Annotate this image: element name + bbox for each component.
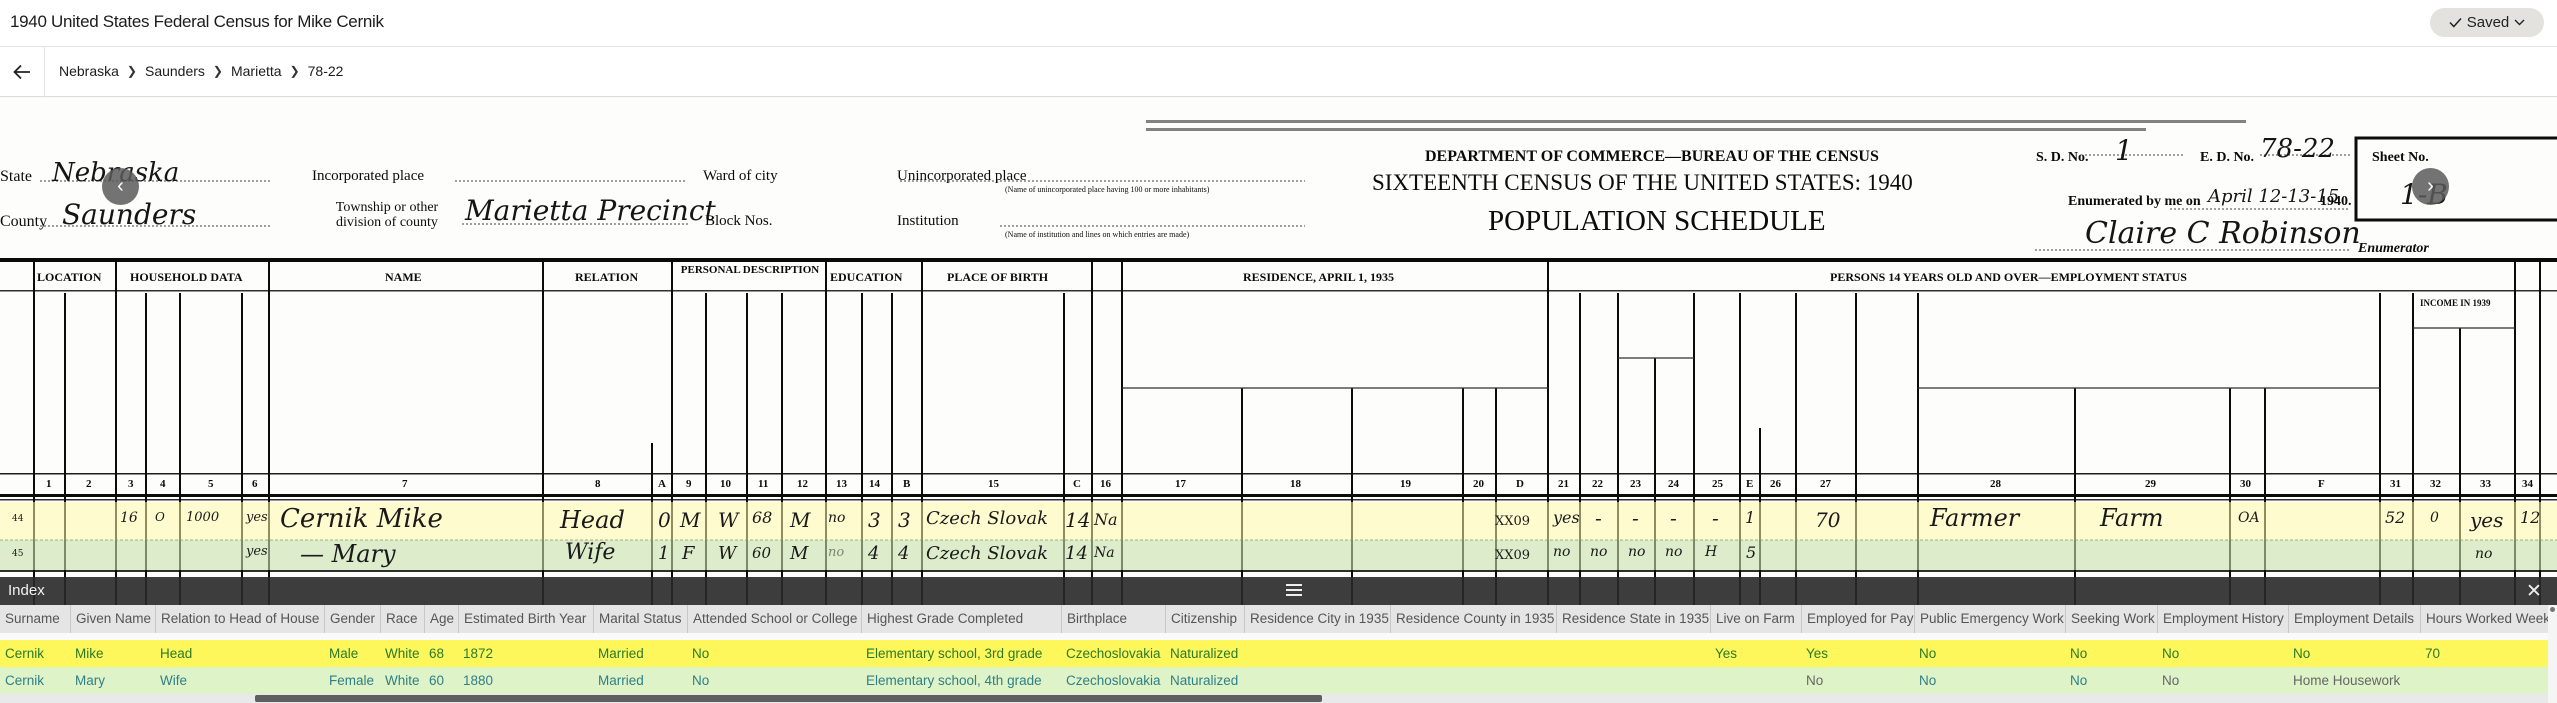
section-household: HOUSEHOLD DATA <box>130 270 243 285</box>
section-personal: PERSONAL DESCRIPTION <box>680 264 820 276</box>
hamburger-icon <box>1286 583 1302 597</box>
column-header-attended-school[interactable]: Attended School or College <box>687 605 861 633</box>
section-education: EDUCATION <box>830 270 902 285</box>
cell-age: 68 <box>424 640 444 667</box>
column-header-seeking-work[interactable]: Seeking Work <box>2065 605 2157 633</box>
section-name: NAME <box>385 270 422 285</box>
column-header-gender[interactable]: Gender <box>324 605 380 633</box>
township-label: Township or other division of county <box>312 200 462 230</box>
column-header-relation[interactable]: Relation to Head of House <box>155 605 324 633</box>
unincorporated-label: Unincorporated place <box>897 168 1027 185</box>
cell-live-on-farm <box>1710 667 1715 694</box>
cell-race: White <box>380 640 420 667</box>
column-header-residence-state[interactable]: Residence State in 1935 <box>1556 605 1710 633</box>
chevron-right-icon: ❯ <box>213 64 223 78</box>
title-bar: 1940 United States Federal Census for Mi… <box>0 0 2557 47</box>
ed-value: 78-22 <box>2260 134 2335 164</box>
cell-marital-status: Married <box>593 640 644 667</box>
chevron-right-icon: ❯ <box>127 64 137 78</box>
enumerated-label: Enumerated by me on <box>2068 194 2201 210</box>
cell-seeking-work: No <box>2065 667 2087 694</box>
cell-relation: Head <box>155 640 192 667</box>
column-header-surname[interactable]: Surname <box>0 605 70 633</box>
cell-attended-school: No <box>687 667 709 694</box>
institution-label: Institution <box>897 213 959 230</box>
institution-note: (Name of institution and lines on which … <box>1005 230 1189 239</box>
breadcrumb: Nebraska ❯ Saunders ❯ Marietta ❯ 78-22 <box>59 63 343 79</box>
county-value: Saunders <box>62 198 196 231</box>
enumerator-label: Enumerator <box>2358 241 2429 257</box>
column-header-birth-year[interactable]: Estimated Birth Year <box>458 605 593 633</box>
previous-image-button[interactable]: ‹ <box>102 168 139 205</box>
cell-citizenship: Naturalized <box>1165 667 1238 694</box>
enumerated-year: 1940. <box>2320 194 2352 210</box>
breadcrumb-township[interactable]: Marietta <box>231 63 282 79</box>
cell-residence-state <box>1556 667 1561 694</box>
close-index-button[interactable]: ✕ <box>2526 580 2542 602</box>
index-menu-button[interactable] <box>1286 583 1302 602</box>
saved-label: Saved <box>2467 14 2510 31</box>
chevron-down-icon <box>2514 19 2525 26</box>
block-label: Block Nos. <box>705 213 773 230</box>
cell-employment-details: No <box>2288 640 2310 667</box>
census-row-44: 44 16 O 1000 yes Cernik Mike Head 0 M W … <box>0 502 2557 540</box>
state-label: State <box>0 168 32 186</box>
cell-public-emergency-work: No <box>1914 640 1936 667</box>
unincorporated-note: (Name of unincorporated place having 100… <box>1005 185 1209 194</box>
column-header-citizenship[interactable]: Citizenship <box>1165 605 1244 633</box>
cell-highest-grade: Elementary school, 3rd grade <box>861 640 1042 667</box>
sd-value: 1 <box>2115 134 2133 167</box>
column-header-given-name[interactable]: Given Name <box>70 605 155 633</box>
schedule-title: POPULATION SCHEDULE <box>1488 205 1826 238</box>
census-title: SIXTEENTH CENSUS OF THE UNITED STATES: 1… <box>1372 170 1913 196</box>
cell-employed-for-pay: Yes <box>1801 640 1828 667</box>
index-panel-title: Index <box>8 582 45 599</box>
sheet-label: Sheet No. <box>2372 150 2429 166</box>
township-value: Marietta Precinct <box>465 194 716 227</box>
horizontal-scrollbar[interactable] <box>0 694 2548 703</box>
cell-surname[interactable]: Cernik <box>0 640 44 667</box>
index-panel-header[interactable]: Index ✕ <box>0 577 2557 605</box>
column-header-employed-for-pay[interactable]: Employed for Pay <box>1801 605 1914 633</box>
column-header-hours-worked[interactable]: Hours Worked Week <box>2420 605 2548 633</box>
column-header-residence-city[interactable]: Residence City in 1935 <box>1244 605 1390 633</box>
ed-label: E. D. No. <box>2200 150 2254 166</box>
chevron-right-icon: › <box>2427 175 2434 198</box>
cell-live-on-farm: Yes <box>1710 640 1737 667</box>
index-panel: Index ✕ Surname Given Name Relation to H… <box>0 577 2557 703</box>
cell-hours-worked: 70 <box>2420 640 2440 667</box>
cell-race: White <box>380 667 420 694</box>
cell-employment-details: Home Housework <box>2288 667 2400 694</box>
column-header-marital-status[interactable]: Marital Status <box>593 605 687 633</box>
cell-birth-year: 1872 <box>458 640 493 667</box>
breadcrumb-state[interactable]: Nebraska <box>59 63 119 79</box>
cell-marital-status: Married <box>593 667 644 694</box>
department-heading: DEPARTMENT OF COMMERCE—BUREAU OF THE CEN… <box>1425 148 1879 166</box>
cell-employment-history: No <box>2157 640 2179 667</box>
column-header-highest-grade[interactable]: Highest Grade Completed <box>861 605 1061 633</box>
cell-age: 60 <box>424 667 444 694</box>
cell-given-name[interactable]: Mike <box>70 640 104 667</box>
cell-residence-city <box>1244 667 1249 694</box>
section-location: LOCATION <box>37 270 101 285</box>
cell-citizenship: Naturalized <box>1165 640 1238 667</box>
breadcrumb-district: 78-22 <box>308 63 344 79</box>
cell-gender: Female <box>324 667 374 694</box>
back-button[interactable] <box>0 47 45 97</box>
index-table-header: Surname Given Name Relation to Head of H… <box>0 605 2548 633</box>
cell-birthplace: Czechoslovakia <box>1061 640 1161 667</box>
breadcrumb-county[interactable]: Saunders <box>145 63 205 79</box>
table-spacer <box>0 633 2548 640</box>
section-employment: PERSONS 14 YEARS OLD AND OVER—EMPLOYMENT… <box>1830 270 2187 285</box>
cell-employment-history: No <box>2157 667 2179 694</box>
vertical-scrollbar[interactable] <box>2548 605 2557 703</box>
cell-public-emergency-work: No <box>1914 667 1936 694</box>
county-label: County <box>0 213 47 231</box>
section-income: INCOME IN 1939 <box>2420 298 2491 308</box>
checkmark-icon <box>2449 17 2462 28</box>
sd-label: S. D. No. <box>2036 150 2089 166</box>
cell-surname[interactable]: Cernik <box>0 667 44 694</box>
column-header-race[interactable]: Race <box>380 605 424 633</box>
census-row-45: 45 yes — Mary Wife 1 F W 60 M no 4 4 Cze… <box>0 540 2557 570</box>
cell-attended-school: No <box>687 640 709 667</box>
column-header-live-on-farm[interactable]: Live on Farm <box>1710 605 1801 633</box>
page-title: 1940 United States Federal Census for Mi… <box>10 12 384 32</box>
horizontal-scrollbar-thumb[interactable] <box>255 695 1322 702</box>
arrow-left-icon <box>13 64 31 80</box>
next-image-button[interactable]: › <box>2412 168 2449 205</box>
table-row[interactable]: Cernik Mary Wife Female White 60 1880 Ma… <box>0 667 2548 694</box>
cell-hours-worked <box>2420 667 2425 694</box>
index-table: Surname Given Name Relation to Head of H… <box>0 605 2548 703</box>
cell-highest-grade: Elementary school, 4th grade <box>861 667 1042 694</box>
cell-residence-state <box>1556 640 1561 667</box>
cell-residence-county <box>1390 667 1395 694</box>
close-icon: ✕ <box>2526 580 2542 602</box>
column-header-employment-history[interactable]: Employment History <box>2157 605 2288 633</box>
vertical-scrollbar-thumb[interactable] <box>2550 607 2555 612</box>
column-header-residence-county[interactable]: Residence County in 1935 <box>1390 605 1556 633</box>
column-header-public-emergency-work[interactable]: Public Emergency Work <box>1914 605 2065 633</box>
cell-gender: Male <box>324 640 358 667</box>
column-header-birthplace[interactable]: Birthplace <box>1061 605 1165 633</box>
saved-button[interactable]: Saved <box>2430 8 2544 37</box>
column-header-employment-details[interactable]: Employment Details <box>2288 605 2420 633</box>
cell-employed-for-pay: No <box>1801 667 1823 694</box>
section-birthplace: PLACE OF BIRTH <box>947 270 1048 285</box>
cell-given-name[interactable]: Mary <box>70 667 105 694</box>
section-residence: RESIDENCE, APRIL 1, 1935 <box>1243 270 1394 285</box>
section-relation: RELATION <box>575 270 638 285</box>
enumerator-signature: Claire C Robinson <box>2085 216 2361 251</box>
cell-relation: Wife <box>155 667 187 694</box>
cell-birth-year: 1880 <box>458 667 493 694</box>
cell-residence-city <box>1244 640 1249 667</box>
incorporated-place-label: Incorporated place <box>312 168 424 185</box>
cell-birthplace: Czechoslovakia <box>1061 667 1161 694</box>
cell-seeking-work: No <box>2065 640 2087 667</box>
ward-label: Ward of city <box>703 168 778 185</box>
column-header-age[interactable]: Age <box>424 605 458 633</box>
chevron-right-icon: ❯ <box>290 64 300 78</box>
cell-residence-county <box>1390 640 1395 667</box>
column-numbers: 1 2 3 4 5 6 7 8 A 9 10 11 12 13 14 B 15 … <box>0 478 2557 494</box>
chevron-left-icon: ‹ <box>117 175 124 198</box>
breadcrumb-bar: Nebraska ❯ Saunders ❯ Marietta ❯ 78-22 <box>0 47 2557 97</box>
table-row-selected[interactable]: Cernik Mike Head Male White 68 1872 Marr… <box>0 640 2548 667</box>
